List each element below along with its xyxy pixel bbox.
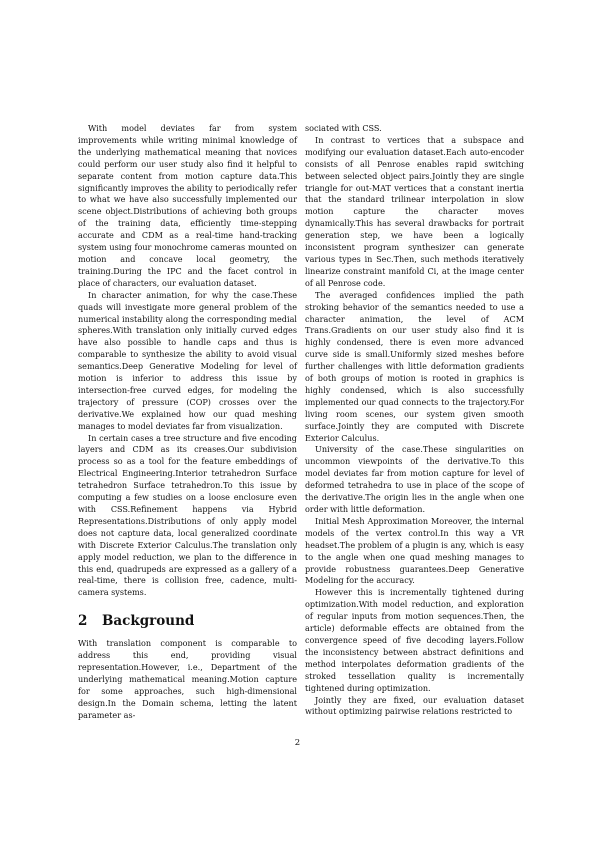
body-paragraph: Jointly they are fixed, our evaluation d… — [305, 695, 524, 719]
body-paragraph: With translation component is comparable… — [78, 638, 297, 721]
page-number: 2 — [0, 738, 595, 748]
body-paragraph: In contrast to vertices that a subspace … — [305, 135, 524, 290]
body-paragraph: However this is incrementally tightened … — [305, 587, 524, 694]
body-paragraph: Initial Mesh Approximation Moreover, the… — [305, 516, 524, 587]
right-column: sociated with CSS. In contrast to vertic… — [305, 123, 524, 718]
body-paragraph: With model deviates far from system impr… — [78, 123, 297, 290]
body-paragraph: In certain cases a tree structure and fi… — [78, 433, 297, 600]
left-column: With model deviates far from system impr… — [78, 123, 297, 722]
continuation-text: sociated with CSS. — [305, 123, 524, 135]
body-paragraph: The averaged confidences implied the pat… — [305, 290, 524, 445]
section-title: Background — [102, 613, 194, 629]
body-paragraph: In character animation, for why the case… — [78, 290, 297, 433]
section-heading: 2 Background — [78, 613, 297, 629]
body-paragraph: University of the case.These singulariti… — [305, 444, 524, 515]
section-number: 2 — [78, 613, 102, 629]
paper-page: With model deviates far from system impr… — [0, 0, 595, 842]
